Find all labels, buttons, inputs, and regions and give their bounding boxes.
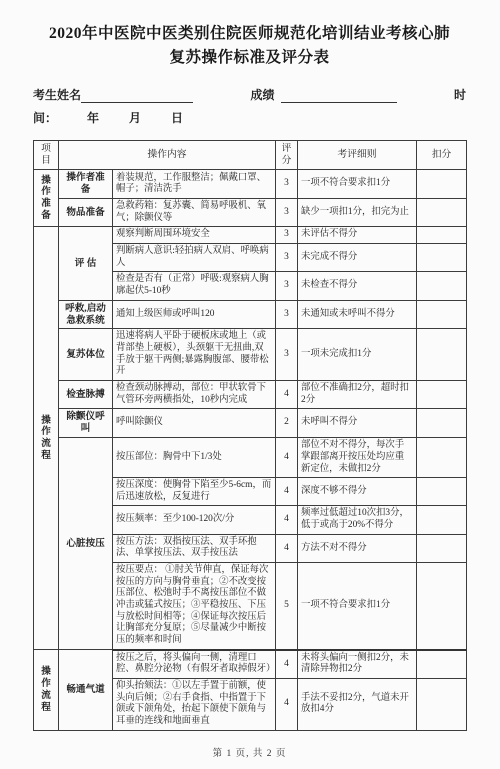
sub-label-cell: 畅通气道: [59, 650, 113, 730]
operation-content-cell: 呼叫除颤仪: [113, 409, 276, 438]
group-cell: 操作流程: [34, 227, 59, 650]
time-label-part2: 间：: [33, 111, 57, 125]
sub-label-cell: 评 估: [59, 227, 113, 300]
criteria-cell: 未通知或未呼叫不得分: [298, 300, 417, 329]
table-body: 操作准备操作者准备着装规范，工作服整洁；佩戴口罩、帽子；清洁洗手3一项不符合要求…: [34, 170, 467, 730]
table-row: 心脏按压按压部位：胸骨中下1/3处4部位不对不得分，每次手掌跟部离开按压处均应重…: [34, 438, 467, 478]
criteria-cell: 一项未完成扣1分: [298, 329, 417, 381]
table-row: 呼救,启动急救系统通知上级医师或呼叫1203未通知或未呼叫不得分: [34, 300, 467, 329]
deduction-cell: [417, 244, 467, 272]
score-label: 成绩: [250, 86, 274, 103]
deduction-cell: [417, 300, 467, 329]
deduction-cell: [417, 438, 467, 478]
deduction-cell: [417, 563, 467, 650]
score-cell: 4: [276, 478, 298, 506]
criteria-cell: 缺少一项扣1分，扣完为止: [298, 199, 417, 227]
page-title: 2020年中医院中医类别住院医师规范化培训结业考核心肺复苏操作标准及评分表: [44, 22, 456, 70]
operation-content-cell: 仰头抬颏法：①以左手置于前额，使头向后倾；②右手食指、中指置于下颌或下颌角处，抬…: [113, 679, 276, 731]
score-cell: 3: [276, 170, 298, 199]
header-operation-content: 操作内容: [59, 141, 276, 170]
score-cell: 4: [276, 650, 298, 679]
deduction-cell: [417, 329, 467, 381]
criteria-cell: 一项不符合要求扣1分: [298, 563, 417, 650]
operation-content-cell: 检查颈动脉搏动，部位：甲状软骨下气管环旁两横指处，10秒内完成: [113, 381, 276, 409]
operation-content-cell: 检查是否有（正常）呼吸:观察病人胸廓起伏5-10秒: [113, 272, 276, 300]
table-row: 操作流程评 估观察判断周围环境安全3未评估不得分: [34, 227, 467, 244]
scoring-table: 项目 操作内容 评分 考评细则 扣分 操作准备操作者准备着装规范，工作服整洁；佩…: [33, 140, 467, 731]
criteria-cell: 未评估不得分: [298, 227, 417, 244]
operation-content-cell: 着装规范，工作服整洁；佩戴口罩、帽子；清洁洗手: [113, 170, 276, 199]
sub-label-cell: 物品准备: [59, 199, 113, 227]
operation-content-cell: 按压深度：使胸骨下陷至少5-6cm，而后迅速放松，反复进行: [113, 478, 276, 506]
criteria-cell: 一项不符合要求扣1分: [298, 170, 417, 199]
table-row: 除颤仪呼叫呼叫除颤仪2未呼叫不得分: [34, 409, 467, 438]
table-row: 物品准备急救药箱：复苏囊、简易呼吸机、氧气；除颤仪等3缺少一项扣1分，扣完为止: [34, 199, 467, 227]
month-label: 月: [129, 111, 141, 125]
criteria-cell: 深度不够不得分: [298, 478, 417, 506]
deduction-cell: [417, 534, 467, 562]
exam-info-line2: 间： 年 月 日: [33, 109, 466, 126]
candidate-name-label: 考生姓名: [33, 86, 81, 103]
score-cell: 4: [276, 679, 298, 731]
operation-content-cell: 按压方法：双指按压法、双手环抱法、单掌按压法、双手按压法: [113, 534, 276, 562]
score-blank: [281, 90, 397, 103]
criteria-cell: 未将头偏向一侧扣2分，未清除异物扣2分: [298, 650, 417, 679]
table-row: 操作准备操作者准备着装规范，工作服整洁；佩戴口罩、帽子；清洁洗手3一项不符合要求…: [34, 170, 467, 199]
deduction-cell: [417, 199, 467, 227]
score-cell: 3: [276, 244, 298, 272]
candidate-name-field: 考生姓名: [33, 86, 193, 103]
table-header-row: 项目 操作内容 评分 考评细则 扣分: [34, 141, 467, 170]
score-cell: 3: [276, 300, 298, 329]
criteria-cell: 部位不对不得分，每次手掌跟部离开按压处均应重新定位，未做扣2分: [298, 438, 417, 478]
deduction-cell: [417, 679, 467, 731]
score-field: 成绩: [250, 86, 396, 103]
page-number: 第 1 页, 共 2 页: [33, 745, 466, 759]
exam-info-line1: 考生姓名 成绩 时: [33, 86, 466, 103]
group-cell: 操作流程: [34, 650, 59, 730]
operation-content-cell: 按压部位：胸骨中下1/3处: [113, 438, 276, 478]
sub-label-cell: 复苏体位: [59, 329, 113, 381]
group-cell: 操作准备: [34, 170, 59, 227]
table-row: 复苏体位迅速将病人平卧于硬板床或地上（或背部垫上硬板），头颈躯干无扭曲,双手放于…: [34, 329, 467, 381]
criteria-cell: 未完成不得分: [298, 244, 417, 272]
score-cell: 3: [276, 272, 298, 300]
header-criteria: 考评细则: [298, 141, 417, 170]
deduction-cell: [417, 409, 467, 438]
sub-label-cell: 心脏按压: [59, 438, 113, 650]
sub-label-cell: 除颤仪呼叫: [59, 409, 113, 438]
score-cell: 4: [276, 534, 298, 562]
criteria-cell: 部位不准确扣2分，超时扣2分: [298, 381, 417, 409]
deduction-cell: [417, 650, 467, 679]
operation-content-cell: 迅速将病人平卧于硬板床或地上（或背部垫上硬板），头颈躯干无扭曲,双手放于躯干两侧…: [113, 329, 276, 381]
operation-content-cell: 急救药箱：复苏囊、简易呼吸机、氧气；除颤仪等: [113, 199, 276, 227]
year-label: 年: [87, 111, 99, 125]
score-cell: 3: [276, 199, 298, 227]
criteria-cell: 频率过低超过10次扣3分，低于或高于20%不得分: [298, 506, 417, 534]
operation-content-cell: 观察判断周围环境安全: [113, 227, 276, 244]
deduction-cell: [417, 272, 467, 300]
table-row: 检查脉搏检查颈动脉搏动，部位：甲状软骨下气管环旁两横指处，10秒内完成4部位不准…: [34, 381, 467, 409]
operation-content-cell: 按压之后，将头偏向一侧，清理口腔、鼻腔分泌物（有假牙者取掉假牙）: [113, 650, 276, 679]
candidate-name-blank: [81, 90, 193, 103]
deduction-cell: [417, 478, 467, 506]
score-cell: 2: [276, 409, 298, 438]
deduction-cell: [417, 381, 467, 409]
day-label: 日: [171, 111, 183, 125]
sub-label-cell: 检查脉搏: [59, 381, 113, 409]
operation-content-cell: 通知上级医师或呼叫120: [113, 300, 276, 329]
criteria-cell: 方法不对不得分: [298, 534, 417, 562]
operation-content-cell: 按压频率：至少100-120次/分: [113, 506, 276, 534]
criteria-cell: 未检查不得分: [298, 272, 417, 300]
operation-content-cell: 按压要点： ①肘关节伸直，保证每次按压的方向与胸骨垂直；②不改变按压部位、松弛时…: [113, 563, 276, 650]
operation-content-cell: 判断病人意识:轻拍病人双肩、呼唤病人: [113, 244, 276, 272]
table-row: 操作流程畅通气道按压之后，将头偏向一侧，清理口腔、鼻腔分泌物（有假牙者取掉假牙）…: [34, 650, 467, 679]
score-cell: 4: [276, 381, 298, 409]
score-cell: 3: [276, 329, 298, 381]
sub-label-cell: 呼救,启动急救系统: [59, 300, 113, 329]
time-label-part1: 时: [454, 86, 466, 103]
header-deduction: 扣分: [417, 141, 467, 170]
header-item: 项目: [34, 141, 59, 170]
sub-label-cell: 操作者准备: [59, 170, 113, 199]
deduction-cell: [417, 506, 467, 534]
score-cell: 3: [276, 227, 298, 244]
score-cell: 5: [276, 563, 298, 650]
score-cell: 4: [276, 438, 298, 478]
criteria-cell: 手法不妥扣2分，气道未开放扣4分: [298, 679, 417, 731]
criteria-cell: 未呼叫不得分: [298, 409, 417, 438]
deduction-cell: [417, 227, 467, 244]
document-page: 2020年中医院中医类别住院医师规范化培训结业考核心肺复苏操作标准及评分表 考生…: [0, 0, 500, 769]
deduction-cell: [417, 170, 467, 199]
exam-info: 考生姓名 成绩 时 间： 年 月 日: [33, 86, 466, 126]
score-cell: 4: [276, 506, 298, 534]
header-score: 评分: [276, 141, 298, 170]
